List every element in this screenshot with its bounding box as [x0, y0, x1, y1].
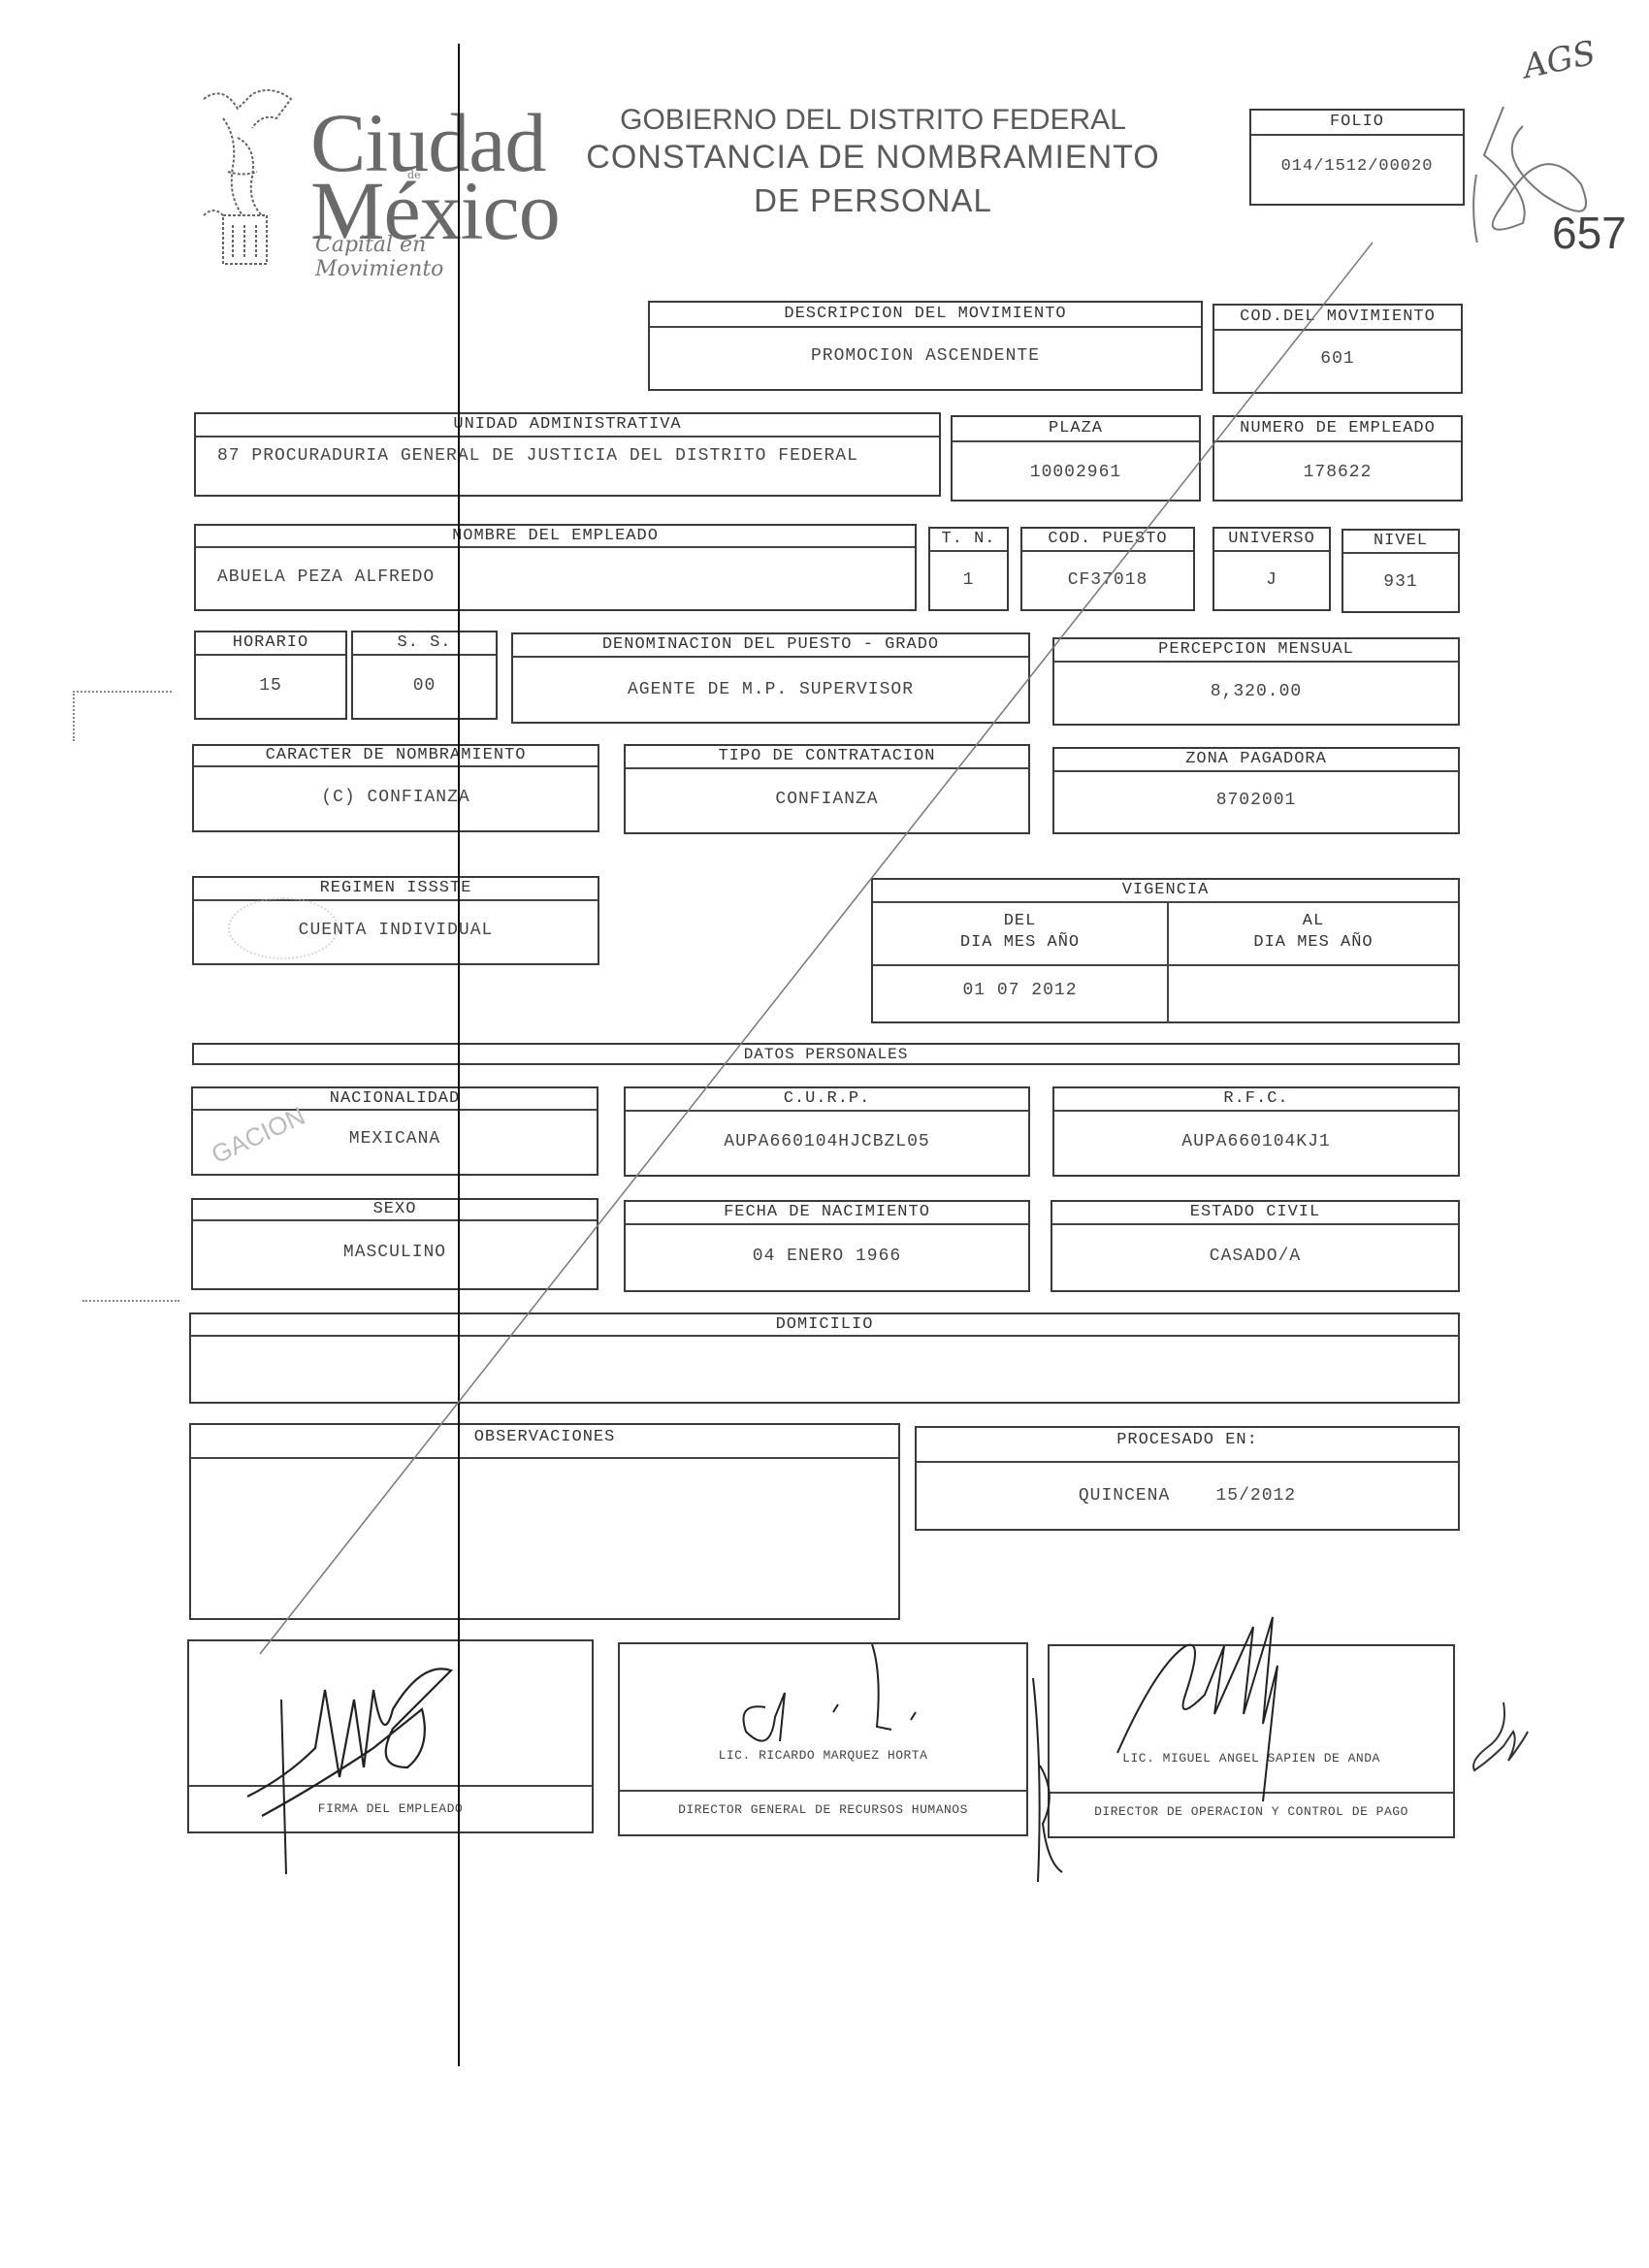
descripcion-movimiento-box: DESCRIPCION DEL MOVIMIENTO PROMOCION ASC…: [648, 301, 1203, 391]
zona-pagadora-value: 8702001: [1054, 791, 1458, 810]
datos-personales-bar: DATOS PERSONALES: [192, 1043, 1460, 1065]
observaciones-label: OBSERVACIONES: [191, 1425, 898, 1459]
datos-personales-label: DATOS PERSONALES: [194, 1046, 1458, 1063]
firma-empleado-box: FIRMA DEL EMPLEADO: [187, 1639, 594, 1833]
curp-value: AUPA660104HJCBZL05: [626, 1132, 1028, 1151]
fecha-nacimiento-label: FECHA DE NACIMIENTO: [626, 1202, 1028, 1225]
descripcion-movimiento-value: PROMOCION ASCENDENTE: [650, 346, 1201, 366]
page-number: 657: [1552, 207, 1627, 259]
director-rh-signature-icon: [717, 1615, 950, 1751]
percepcion-mensual-label: PERCEPCION MENSUAL: [1054, 639, 1458, 663]
folio-box: FOLIO 014/1512/00020: [1249, 109, 1465, 206]
plaza-box: PLAZA 10002961: [951, 415, 1201, 502]
denominacion-puesto-label: DENOMINACION DEL PUESTO - GRADO: [513, 634, 1028, 658]
nacionalidad-label: NACIONALIDAD: [193, 1088, 597, 1111]
cod-puesto-value: CF37018: [1022, 570, 1193, 590]
logo-tagline: Capital en Movimiento: [315, 233, 553, 281]
procesado-en-value: QUINCENA 15/2012: [917, 1486, 1458, 1506]
denominacion-puesto-box: DENOMINACION DEL PUESTO - GRADO AGENTE D…: [511, 632, 1030, 724]
folio-value: 014/1512/00020: [1251, 157, 1463, 176]
descripcion-movimiento-label: DESCRIPCION DEL MOVIMIENTO: [650, 303, 1201, 328]
universo-label: UNIVERSO: [1214, 529, 1329, 552]
tn-box: T. N. 1: [928, 527, 1009, 611]
tipo-contratacion-label: TIPO DE CONTRATACION: [626, 746, 1028, 769]
zona-pagadora-label: ZONA PAGADORA: [1054, 749, 1458, 772]
margin-scribble: [73, 691, 172, 741]
caracter-nombramiento-label: CARACTER DE NOMBRAMIENTO: [194, 746, 598, 767]
vigencia-al-format: DIA MES AÑO: [1169, 932, 1458, 954]
vigencia-del-label: DEL: [873, 911, 1167, 932]
horario-box: HORARIO 15: [194, 631, 347, 720]
nombre-empleado-label: NOMBRE DEL EMPLEADO: [196, 526, 915, 548]
rfc-label: R.F.C.: [1054, 1088, 1458, 1112]
ss-value: 00: [353, 676, 496, 696]
codigo-movimiento-box: COD.DEL MOVIMIENTO 601: [1212, 304, 1463, 394]
employee-signature-icon: [228, 1632, 538, 1884]
numero-empleado-box: NUMERO DE EMPLEADO 178622: [1212, 415, 1463, 502]
denominacion-puesto-value: AGENTE DE M.P. SUPERVISOR: [513, 680, 1028, 699]
vigencia-al-label: AL: [1169, 911, 1458, 932]
universo-box: UNIVERSO J: [1212, 527, 1331, 611]
unidad-administrativa-box: UNIDAD ADMINISTRATIVA 87 PROCURADURIA GE…: [194, 412, 941, 497]
rfc-value: AUPA660104KJ1: [1054, 1132, 1458, 1151]
domicilio-label: DOMICILIO: [191, 1314, 1458, 1337]
fecha-nacimiento-value: 04 ENERO 1966: [626, 1247, 1028, 1266]
document-title-line-1: CONSTANCIA DE NOMBRAMIENTO: [563, 139, 1183, 177]
caracter-nombramiento-box: CARACTER DE NOMBRAMIENTO (C) CONFIANZA: [192, 744, 599, 832]
procesado-en-box: PROCESADO EN: QUINCENA 15/2012: [915, 1426, 1460, 1531]
sexo-value: MASCULINO: [193, 1243, 597, 1262]
signature-stroke-icon: [1018, 1669, 1067, 1892]
codigo-movimiento-value: 601: [1214, 349, 1461, 369]
firma-director-rh-box: LIC. RICARDO MARQUEZ HORTA DIRECTOR GENE…: [618, 1642, 1028, 1836]
sexo-box: SEXO MASCULINO: [191, 1198, 598, 1290]
unidad-administrativa-value: 87 PROCURADURIA GENERAL DE JUSTICIA DEL …: [196, 446, 939, 466]
logo-ciudad-de-mexico: Ciudad de México Capital en Movimiento: [184, 80, 553, 269]
ss-box: S. S. 00: [351, 631, 498, 720]
vigencia-del-value: 01 07 2012: [873, 981, 1167, 1000]
angel-monument-icon: [184, 80, 310, 269]
firma-director-rh-line: [620, 1790, 1026, 1792]
director-rh-role: DIRECTOR GENERAL DE RECURSOS HUMANOS: [620, 1802, 1026, 1817]
nombre-empleado-box: NOMBRE DEL EMPLEADO ABUELA PEZA ALFREDO: [194, 524, 917, 611]
vertical-scan-line: [458, 44, 460, 2066]
vigencia-del-format: DIA MES AÑO: [873, 932, 1167, 954]
margin-scribble: [82, 1300, 179, 1331]
firma-director-pago-box: LIC. MIGUEL ANGEL SAPIEN DE ANDA DIRECTO…: [1048, 1644, 1455, 1838]
vigencia-del-header: DEL DIA MES AÑO: [873, 911, 1167, 954]
curp-label: C.U.R.P.: [626, 1088, 1028, 1112]
numero-empleado-value: 178622: [1214, 463, 1461, 482]
initials-icon: [1460, 1693, 1533, 1780]
estado-civil-box: ESTADO CIVIL CASADO/A: [1051, 1200, 1460, 1292]
vigencia-al-header: AL DIA MES AÑO: [1169, 911, 1458, 954]
zona-pagadora-box: ZONA PAGADORA 8702001: [1052, 747, 1460, 834]
vigencia-box: VIGENCIA DEL DIA MES AÑO AL DIA MES AÑO …: [871, 878, 1460, 1023]
sexo-label: SEXO: [193, 1200, 597, 1221]
percepcion-mensual-value: 8,320.00: [1054, 682, 1458, 701]
nombre-empleado-value: ABUELA PEZA ALFREDO: [196, 567, 915, 587]
tn-value: 1: [930, 570, 1007, 590]
estado-civil-label: ESTADO CIVIL: [1052, 1202, 1458, 1225]
domicilio-box: DOMICILIO: [189, 1312, 1460, 1404]
plaza-label: PLAZA: [953, 417, 1199, 442]
vigencia-mid-line: [873, 964, 1458, 966]
nivel-label: NIVEL: [1343, 531, 1458, 554]
vigencia-label: VIGENCIA: [873, 880, 1458, 903]
cod-puesto-label: COD. PUESTO: [1022, 529, 1193, 552]
horario-label: HORARIO: [196, 632, 345, 656]
regimen-issste-label: REGIMEN ISSSTE: [194, 878, 598, 901]
percepcion-mensual-box: PERCEPCION MENSUAL 8,320.00: [1052, 637, 1460, 726]
rfc-box: R.F.C. AUPA660104KJ1: [1052, 1086, 1460, 1177]
unidad-administrativa-label: UNIDAD ADMINISTRATIVA: [196, 414, 939, 437]
universo-value: J: [1214, 570, 1329, 590]
nivel-box: NIVEL 931: [1342, 529, 1460, 613]
tn-label: T. N.: [930, 529, 1007, 552]
stamp-residue: [228, 897, 339, 959]
nivel-value: 931: [1343, 572, 1458, 592]
government-heading: GOBIERNO DEL DISTRITO FEDERAL: [572, 104, 1174, 137]
curp-box: C.U.R.P. AUPA660104HJCBZL05: [624, 1086, 1030, 1177]
director-pago-signature-icon: [1108, 1607, 1360, 1811]
numero-empleado-label: NUMERO DE EMPLEADO: [1214, 417, 1461, 442]
document-title-line-2: DE PERSONAL: [572, 182, 1174, 219]
fecha-nacimiento-box: FECHA DE NACIMIENTO 04 ENERO 1966: [624, 1200, 1030, 1292]
tipo-contratacion-value: CONFIANZA: [626, 790, 1028, 809]
tipo-contratacion-box: TIPO DE CONTRATACION CONFIANZA: [624, 744, 1030, 834]
horario-value: 15: [196, 676, 345, 696]
procesado-en-label: PROCESADO EN:: [917, 1428, 1458, 1463]
cod-puesto-box: COD. PUESTO CF37018: [1020, 527, 1195, 611]
folio-label: FOLIO: [1251, 111, 1463, 136]
codigo-movimiento-label: COD.DEL MOVIMIENTO: [1214, 306, 1461, 331]
ss-label: S. S.: [353, 632, 496, 656]
observaciones-box: OBSERVACIONES: [189, 1423, 900, 1620]
caracter-nombramiento-value: (C) CONFIANZA: [194, 788, 598, 807]
estado-civil-value: CASADO/A: [1052, 1247, 1458, 1266]
plaza-value: 10002961: [953, 463, 1199, 482]
